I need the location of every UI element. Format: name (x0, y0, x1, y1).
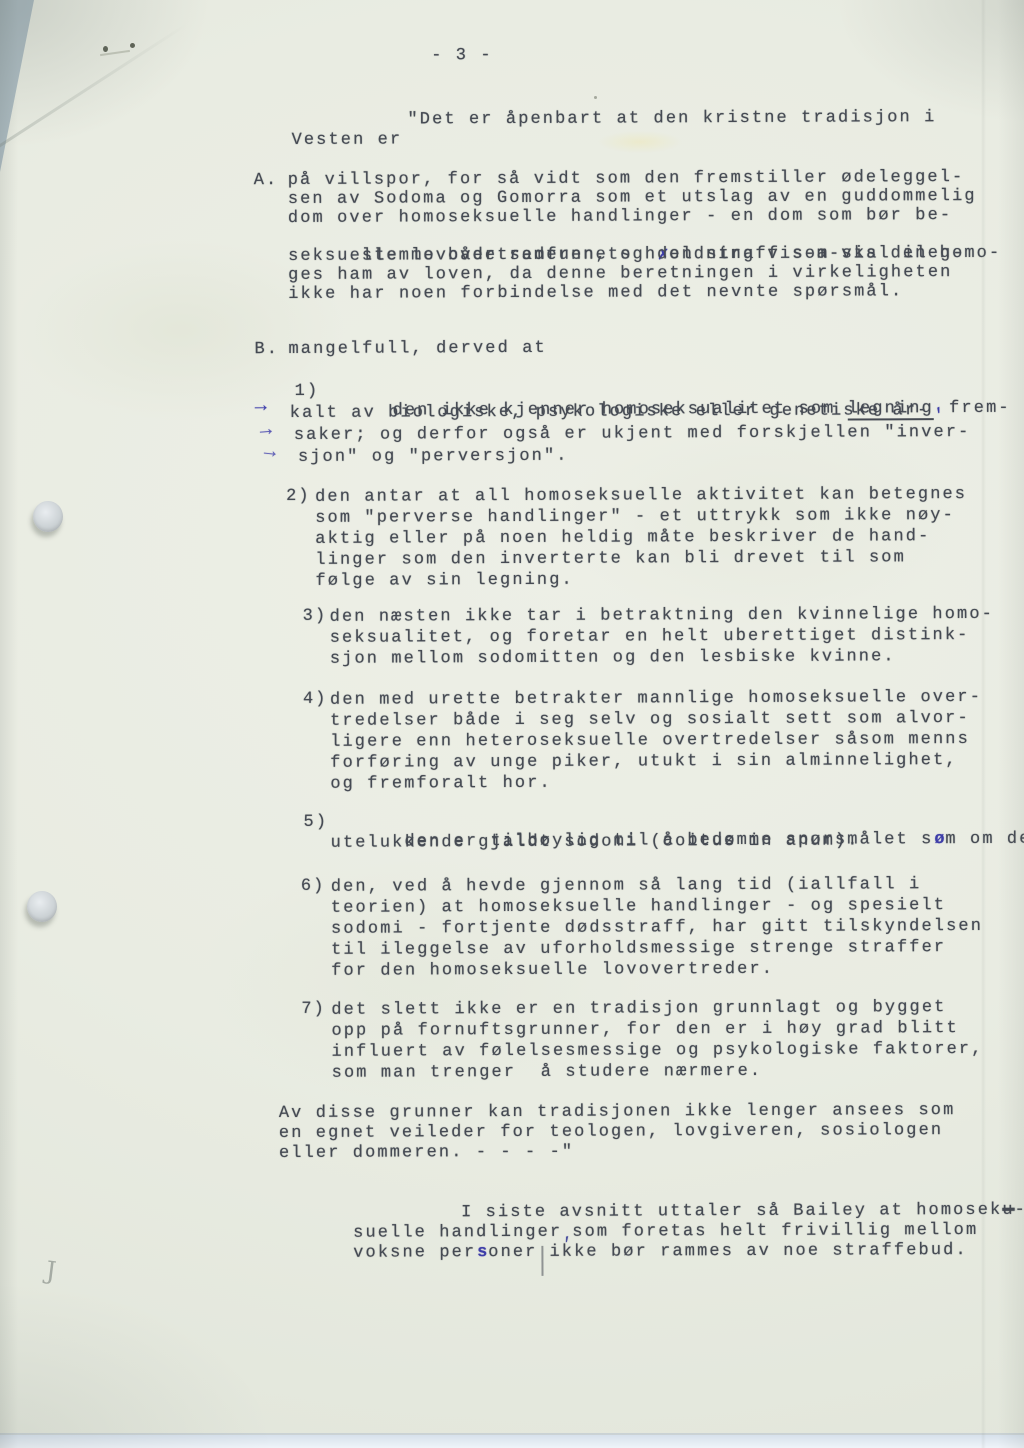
item-3-lines: den næsten ikke tar i betraktning den kv… (330, 604, 995, 670)
section-b-label: B. (254, 340, 279, 360)
paper-speck (594, 96, 597, 99)
margin-arrow-icon: → (259, 419, 273, 443)
item-6-number: 6) (301, 877, 326, 897)
handwritten-letter-correction: ø (933, 830, 945, 850)
staple-hole-mark (103, 46, 108, 52)
handwritten-letter-correction: s (476, 1243, 488, 1263)
section-a-label: A. (254, 171, 279, 190)
typed-text: frem- (937, 399, 1011, 418)
margin-arrow-icon: → (263, 441, 277, 465)
staple-hole-mark (130, 43, 135, 48)
item-4-number: 4) (303, 690, 328, 710)
typed-text: m om det (945, 830, 1024, 849)
item-6-lines: den, ved å hevde gjennom så lang tid (ia… (331, 874, 983, 982)
typed-text: - (1015, 1201, 1024, 1220)
item-1-line-3: saker; og derfor også er ukjent med fors… (294, 423, 971, 446)
punch-hole-bottom (27, 891, 57, 922)
section-b-heading: mangelfull, derved at (288, 339, 546, 360)
item-2-number: 2) (286, 487, 311, 507)
item-5-line-2: utelukkende gjaldt sodomi (coitus in anu… (331, 831, 860, 853)
item-3-number: 3) (303, 607, 328, 627)
typewritten-text-layer: - 3 - "Det er åpenbart at den kristne tr… (0, 0, 1024, 1448)
item-4-lines: den med urette betrakter mannlige homose… (330, 687, 982, 795)
item-1-line-4: sjon" og "perversjon". (298, 447, 569, 468)
item-7-lines: det slett ikke er en tradisjon grunnlagt… (331, 997, 983, 1084)
quote-intro-line-2: Vesten er (292, 130, 403, 150)
item-5-number: 5) (303, 813, 328, 833)
item-1-line-2: kalt av biologiske, psykologiske eller g… (290, 401, 930, 424)
final-paragraph-line-3: voksne personerikke bør rammes av noe st… (279, 1221, 968, 1297)
page-bottom-edge (0, 1433, 1024, 1448)
item-7-number: 7) (301, 1000, 326, 1020)
item-2-lines: den antar at all homoseksuelle aktivitet… (315, 484, 967, 592)
scanned-document-page: - 3 - "Det er åpenbart at den kristne tr… (0, 0, 1024, 1448)
closing-paragraph: Av disse grunner kan tradisjonen ikke le… (279, 1101, 956, 1164)
typed-text: ikke bør rammes av noe straffebud. (549, 1241, 967, 1262)
page-number: - 3 - (431, 46, 493, 66)
struck-letter: u (1002, 1201, 1014, 1220)
margin-arrow-icon: → (255, 395, 267, 418)
quote-intro-line-1: "Det er åpenbart at den kristne tradisjo… (407, 108, 936, 130)
typed-text: voksne per (353, 1243, 476, 1263)
item-1-number: 1) (295, 382, 320, 402)
punch-hole-top (33, 501, 63, 532)
typed-text: oner (488, 1243, 537, 1262)
section-a-lines-bottom: seksuelle lovovertrederen, og den straff… (288, 244, 965, 304)
section-a-lines-top: på villspor, for så vidt som den fremsti… (288, 168, 977, 228)
insertion-stroke-mark (541, 1246, 543, 1276)
